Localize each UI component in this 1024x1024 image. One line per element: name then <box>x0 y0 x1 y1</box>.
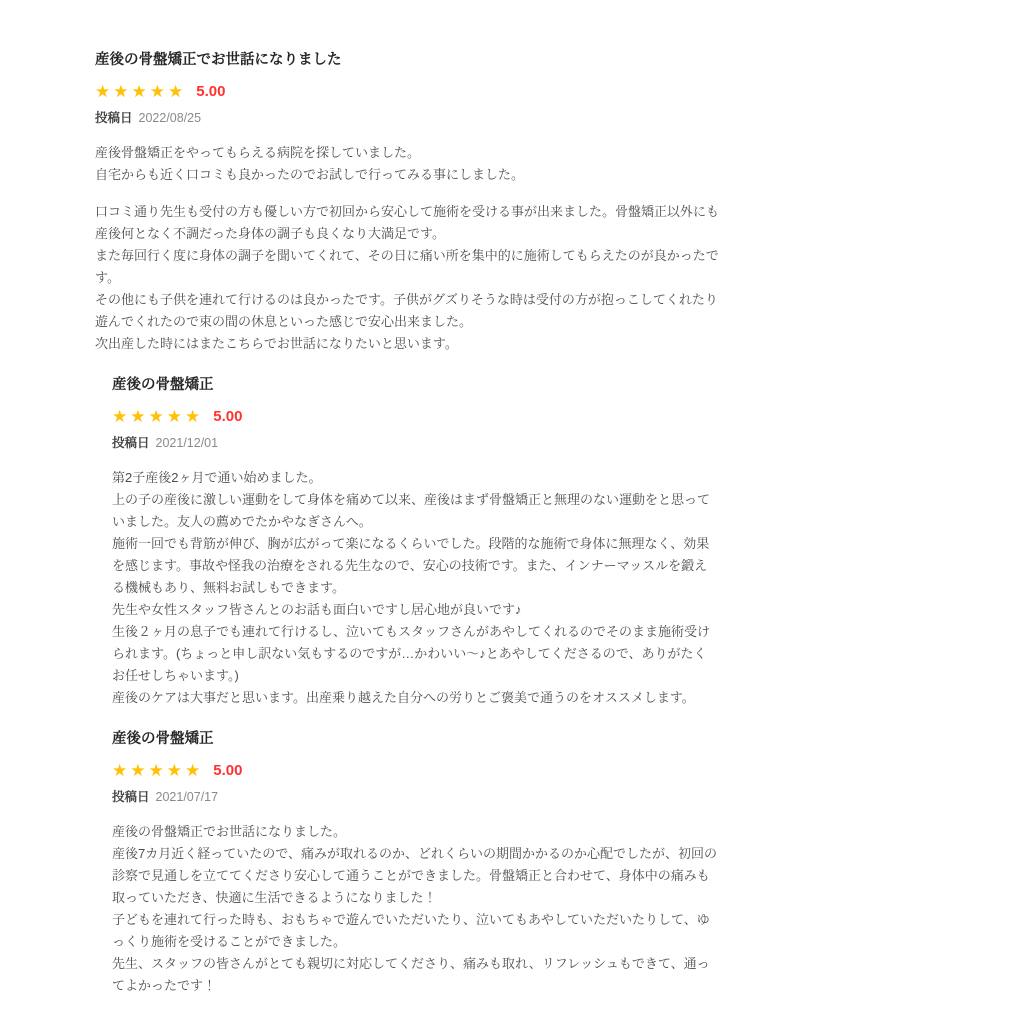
star-rating: ★★★★★ <box>112 762 203 779</box>
star-icon: ★ <box>167 407 185 426</box>
star-icon: ★ <box>167 761 185 780</box>
rating-score: 5.00 <box>196 84 225 99</box>
review-title: 産後の骨盤矯正でお世話になりました <box>95 50 719 70</box>
posted-date-label: 投稿日 <box>95 111 133 125</box>
star-icon: ★ <box>95 82 113 101</box>
review-body: 産後の骨盤矯正でお世話になりました。 産後7カ月近く経っていたので、痛みが取れる… <box>112 821 719 997</box>
star-icon: ★ <box>112 407 130 426</box>
posted-date-row: 投稿日2021/07/17 <box>112 789 719 805</box>
posted-date-value: 2021/07/17 <box>156 790 219 804</box>
review-list: 産後の骨盤矯正でお世話になりました ★★★★★ 5.00 投稿日2022/08/… <box>95 50 719 1017</box>
rating-score: 5.00 <box>213 409 242 424</box>
rating-row: ★★★★★ 5.00 <box>95 82 719 101</box>
star-icon: ★ <box>185 761 203 780</box>
rating-row: ★★★★★ 5.00 <box>112 761 719 780</box>
posted-date-row: 投稿日2021/12/01 <box>112 435 719 451</box>
star-rating: ★★★★★ <box>112 408 203 425</box>
review-title: 産後の骨盤矯正 <box>112 729 719 749</box>
star-icon: ★ <box>130 761 148 780</box>
rating-score: 5.00 <box>213 763 242 778</box>
review-paragraph: 産後骨盤矯正をやってもらえる病院を探していました。 自宅からも近く口コミも良かっ… <box>95 142 719 186</box>
star-icon: ★ <box>112 761 130 780</box>
star-icon: ★ <box>132 82 150 101</box>
review-card: 産後の骨盤矯正 ★★★★★ 5.00 投稿日2021/07/17 産後の骨盤矯正… <box>95 729 719 997</box>
rating-row: ★★★★★ 5.00 <box>112 407 719 426</box>
posted-date-value: 2022/08/25 <box>139 111 202 125</box>
star-rating: ★★★★★ <box>95 83 186 100</box>
review-body: 第2子産後2ヶ月で通い始めました。 上の子の産後に激しい運動をして身体を痛めて以… <box>112 467 719 709</box>
star-icon: ★ <box>130 407 148 426</box>
review-paragraph: 産後の骨盤矯正でお世話になりました。 産後7カ月近く経っていたので、痛みが取れる… <box>112 821 719 997</box>
posted-date-value: 2021/12/01 <box>156 436 219 450</box>
star-icon: ★ <box>185 407 203 426</box>
star-icon: ★ <box>149 761 167 780</box>
review-card: 産後の骨盤矯正でお世話になりました ★★★★★ 5.00 投稿日2022/08/… <box>95 50 719 355</box>
posted-date-label: 投稿日 <box>112 790 150 804</box>
star-icon: ★ <box>168 82 186 101</box>
star-icon: ★ <box>113 82 131 101</box>
review-body: 産後骨盤矯正をやってもらえる病院を探していました。 自宅からも近く口コミも良かっ… <box>95 142 719 355</box>
review-card: 産後の骨盤矯正 ★★★★★ 5.00 投稿日2021/12/01 第2子産後2ヶ… <box>95 375 719 709</box>
review-paragraph: 口コミ通り先生も受付の方も優しい方で初回から安心して施術を受ける事が出来ました。… <box>95 201 719 355</box>
review-title: 産後の骨盤矯正 <box>112 375 719 395</box>
posted-date-label: 投稿日 <box>112 436 150 450</box>
star-icon: ★ <box>150 82 168 101</box>
review-paragraph: 第2子産後2ヶ月で通い始めました。 上の子の産後に激しい運動をして身体を痛めて以… <box>112 467 719 709</box>
star-icon: ★ <box>149 407 167 426</box>
posted-date-row: 投稿日2022/08/25 <box>95 110 719 126</box>
